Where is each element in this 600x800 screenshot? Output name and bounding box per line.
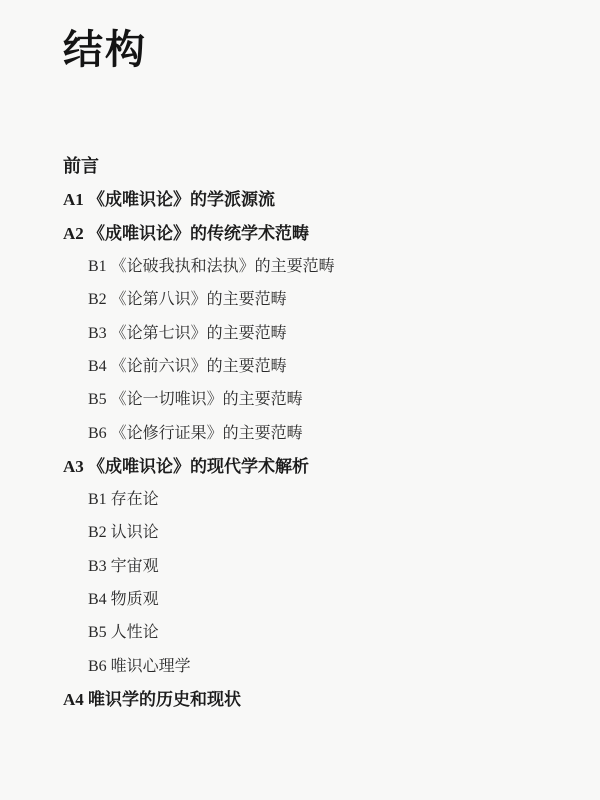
toc-item-a2-b3: B3 《论第七识》的主要范畴: [63, 314, 570, 347]
toc-item-a2-b4: B4 《论前六识》的主要范畴: [63, 348, 570, 381]
toc-item-a2-b6: B6 《论修行证果》的主要范畴: [63, 414, 570, 447]
toc-item-a3-b6: B6 唯识心理学: [63, 647, 570, 680]
toc-item-a3-b2: B2 认识论: [63, 514, 570, 547]
toc-item-a3-b4: B4 物质观: [63, 581, 570, 614]
outline-list: 前言A1 《成唯识论》的学派源流A2 《成唯识论》的传统学术范畴B1 《论破我执…: [63, 148, 570, 714]
page-title: 结构: [63, 26, 570, 74]
toc-item-a3-b5: B5 人性论: [63, 614, 570, 647]
toc-item-preface: 前言: [63, 148, 570, 181]
toc-item-a4: A4 唯识学的历史和现状: [63, 681, 570, 714]
toc-item-a3-b3: B3 宇宙观: [63, 548, 570, 581]
toc-item-a1: A1 《成唯识论》的学派源流: [63, 181, 570, 214]
toc-item-a2-b2: B2 《论第八识》的主要范畴: [63, 281, 570, 314]
toc-item-a3-b1: B1 存在论: [63, 481, 570, 514]
document-page: 结构 前言A1 《成唯识论》的学派源流A2 《成唯识论》的传统学术范畴B1 《论…: [0, 0, 600, 800]
toc-item-a2-b1: B1 《论破我执和法执》的主要范畴: [63, 248, 570, 281]
toc-item-a2-b5: B5 《论一切唯识》的主要范畴: [63, 381, 570, 414]
toc-item-a2: A2 《成唯识论》的传统学术范畴: [63, 215, 570, 248]
toc-item-a3: A3 《成唯识论》的现代学术解析: [63, 448, 570, 481]
